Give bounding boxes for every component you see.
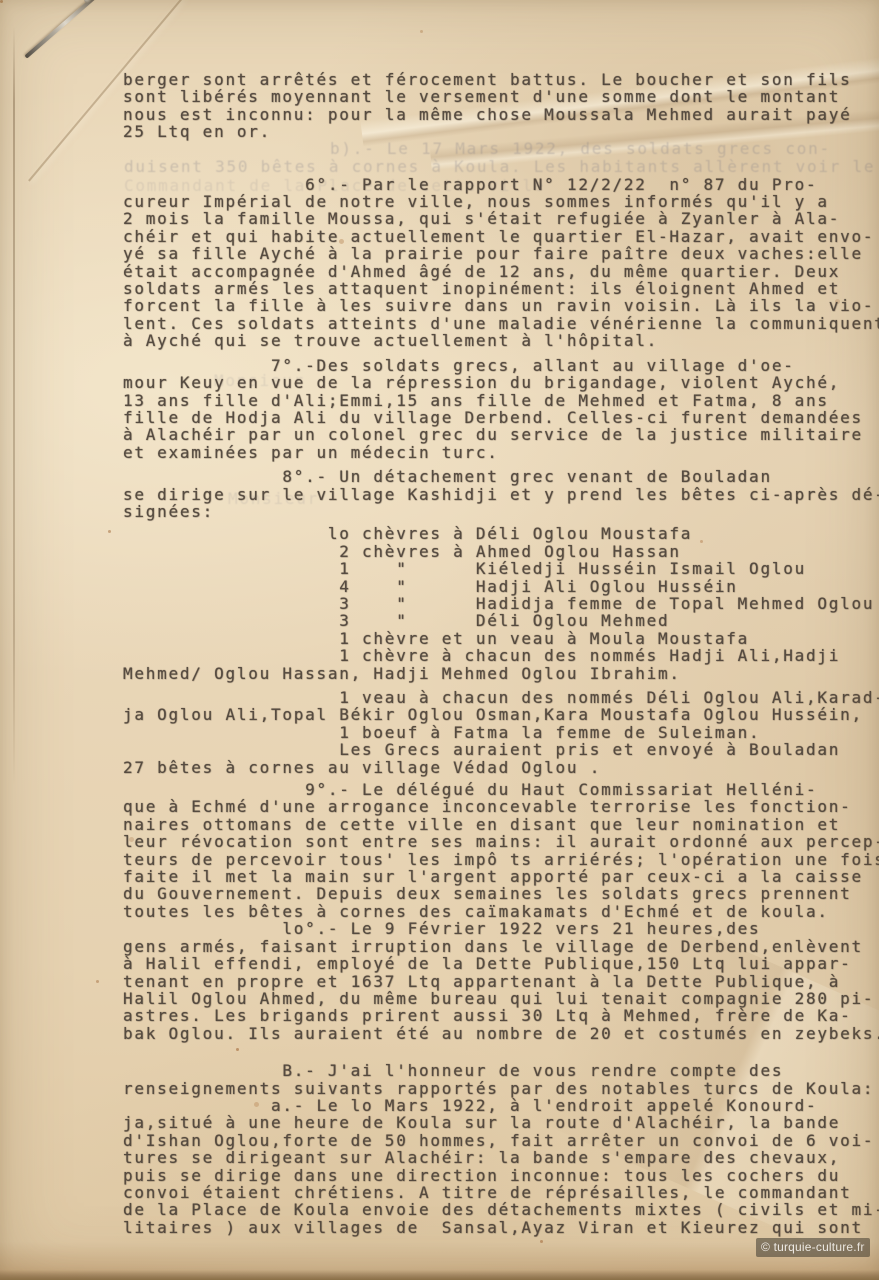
- text-line: 6°.- Par le rapport N° 12/2/22 n° 87 du …: [123, 176, 879, 193]
- text-line: d'Ishan Oglou,forte de 50 hommes, fait a…: [123, 1132, 879, 1149]
- text-line: yé sa fille Ayché à la prairie pour fair…: [123, 245, 879, 262]
- document-scan: b).- Le 17 Mars 1922, des soldats grecs …: [0, 0, 879, 1280]
- text-line: se dirige sur le village Kashidji et y p…: [123, 486, 879, 503]
- text-line: naires ottomans de cette ville en disant…: [123, 816, 879, 833]
- text-line: 2 mois la famille Moussa, qui s'était re…: [123, 210, 879, 227]
- text-line: signées:: [123, 503, 879, 520]
- text-line: que à Echmé d'une arrogance inconcevable…: [123, 798, 879, 815]
- text-line: 8°.- Un détachement grec venant de Boula…: [123, 468, 879, 485]
- text-line: 1 veau à chacun des nommés Déli Oglou Al…: [123, 689, 879, 706]
- text-line: mour Keuy en vue de la répression du bri…: [123, 374, 879, 391]
- text-line: à Halil effendi, employé de la Dette Pub…: [123, 955, 879, 972]
- text-line: ja,situé à une heure de Koula sur la rou…: [123, 1114, 879, 1131]
- text-line: 9°.- Le délégué du Haut Commissariat Hel…: [123, 781, 879, 798]
- text-line: tenant en propre et 1637 Ltq appartenant…: [123, 973, 879, 990]
- text-line: forcent la fille à les suivre dans un ra…: [123, 297, 879, 314]
- text-line: 3 " Hadidja femme de Topal Mehmed Oglou: [123, 595, 879, 612]
- text-line: lent. Ces soldats atteints d'une maladie…: [123, 315, 879, 332]
- text-line: lo°.- Le 9 Février 1922 vers 21 heures,d…: [123, 920, 879, 937]
- text-line: Halil Oglou Ahmed, du même bureau qui lu…: [123, 990, 879, 1007]
- text-line: soldats armés les attaquent inopinément:…: [123, 280, 879, 297]
- text-line: à Alachéir par un colonel grec du servic…: [123, 426, 879, 443]
- text-line: teurs de percevoir tous' les impô ts arr…: [123, 851, 879, 868]
- text-line: 4 " Hadji Ali Oglou Husséin: [123, 578, 879, 595]
- text-line: du Gouvernement. Depuis deux semaines le…: [123, 885, 879, 902]
- text-line: bak Oglou. Ils auraient été au nombre de…: [123, 1025, 879, 1042]
- text-line: 7°.-Des soldats grecs, allant au village…: [123, 357, 879, 374]
- text-line: tures se dirigeant sur Alachéir: la band…: [123, 1149, 879, 1166]
- text-line: sont libérés moyennant le versement d'un…: [123, 88, 879, 105]
- text-line: convoi étaient chrétiens. A titre de rép…: [123, 1184, 879, 1201]
- text-line: astres. Les brigands prirent aussi 30 Lt…: [123, 1007, 879, 1024]
- text-line: fille de Hodja Ali du village Derbend. C…: [123, 409, 879, 426]
- paper-edge-crease: [13, 26, 15, 786]
- text-line: puis se dirige dans une direction inconn…: [123, 1167, 879, 1184]
- foxing-spots: [0, 0, 3, 3]
- text-line: 1 chèvre et un veau à Moula Moustafa: [123, 630, 879, 647]
- text-line: 27 bêtes à cornes au village Védad Oglou…: [123, 759, 879, 776]
- pin-shaft: [24, 0, 98, 59]
- text-line: 1 " Kiéledji Husséin Ismail Oglou: [123, 560, 879, 577]
- text-line: Mehmed/ Oglou Hassan, Hadji Mehmed Oglou…: [123, 665, 879, 682]
- text-line: 3 " Déli Oglou Mehmed: [123, 612, 879, 629]
- text-line: chéir et qui habite actuellement le quar…: [123, 228, 879, 245]
- text-line: litaires ) aux villages de Sansal,Ayaz V…: [123, 1219, 879, 1236]
- text-line: 1 chèvre à chacun des nommés Hadji Ali,H…: [123, 647, 879, 664]
- text-line: ja Oglou Ali,Topal Békir Oglou Osman,Kar…: [123, 706, 879, 723]
- text-line: renseignements suivants rapportés par de…: [123, 1080, 879, 1097]
- text-line: berger sont arrêtés et férocement battus…: [123, 71, 879, 88]
- text-line: B.- J'ai l'honneur de vous rendre compte…: [123, 1062, 879, 1079]
- page-bottom-edge: [0, 1270, 879, 1280]
- text-line: cureur Impérial de notre ville, nous som…: [123, 193, 879, 210]
- site-watermark: © turquie-culture.fr: [756, 1238, 870, 1257]
- text-line: et examinées par un médecin turc.: [123, 444, 879, 461]
- text-line: 13 ans fille d'Ali;Emmi,15 ans fille de …: [123, 392, 879, 409]
- text-line: leur révocation sont entre ses mains: il…: [123, 833, 879, 850]
- text-line: a.- Le lo Mars 1922, à l'endroit appelé …: [123, 1097, 879, 1114]
- text-line: de la Place de Koula envoie des détachem…: [123, 1201, 879, 1218]
- text-line: 2 chèvres à Ahmed Oglou Hassan: [123, 543, 879, 560]
- text-line: faite il met la main sur l'argent apport…: [123, 868, 879, 885]
- text-line: 1 boeuf à Fatma la femme de Suleiman.: [123, 724, 879, 741]
- pin-icon: [8, 0, 108, 76]
- pin-head: [84, 0, 91, 3]
- text-line: gens armés, faisant irruption dans le vi…: [123, 938, 879, 955]
- text-line: 25 Ltq en or.: [123, 123, 879, 140]
- text-line: Les Grecs auraient pris et envoyé à Boul…: [123, 741, 879, 758]
- text-line: à Ayché qui se trouve actuellement à l'h…: [123, 332, 879, 349]
- text-line: toutes les bêtes à cornes des caïmakamat…: [123, 903, 879, 920]
- text-line: était accompagnée d'Ahmed âgé de 12 ans,…: [123, 263, 879, 280]
- text-line: lo chèvres à Déli Oglou Moustafa: [123, 525, 879, 542]
- typewritten-text: berger sont arrêtés et férocement battus…: [123, 71, 879, 1236]
- text-line: nous est inconnu: pour la même chose Mou…: [123, 106, 879, 123]
